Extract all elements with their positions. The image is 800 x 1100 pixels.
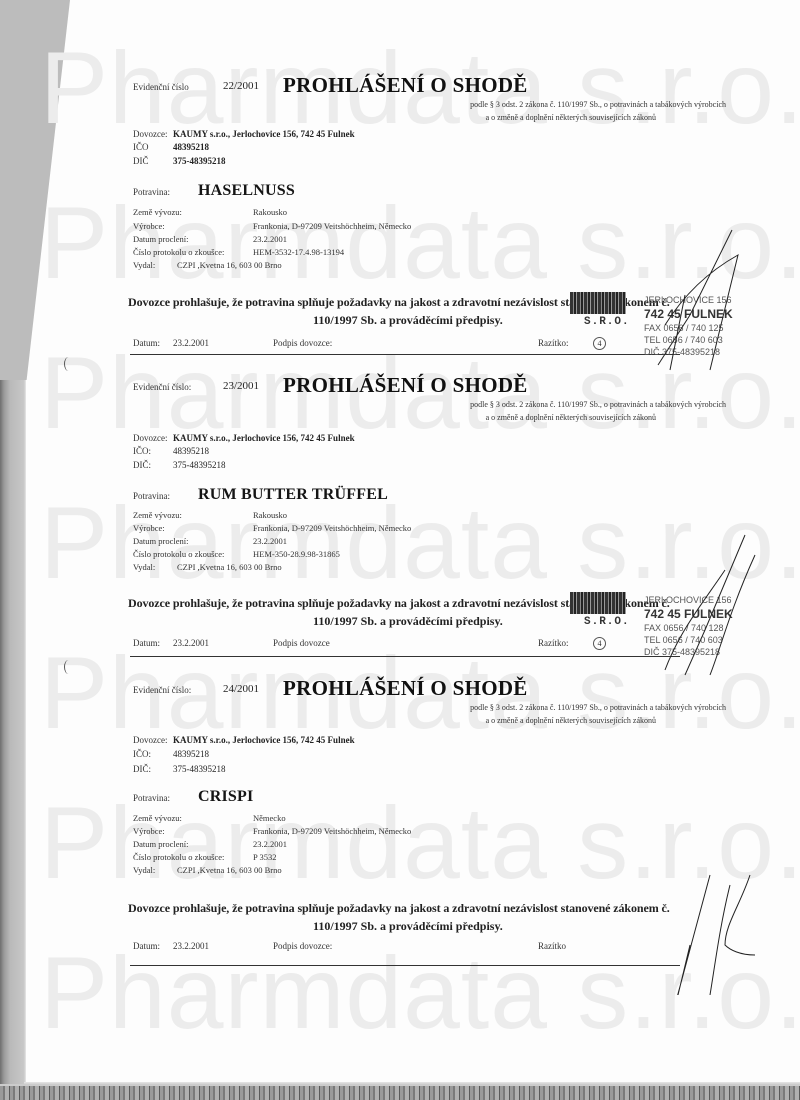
detail-row: Země vývozu:Německo — [133, 813, 182, 823]
ico: 48395218 — [173, 446, 209, 456]
date: 23.2.2001 — [173, 338, 209, 348]
declaration-statement-cont: 110/1997 Sb. a prováděcími předpisy. — [313, 614, 503, 629]
date: 23.2.2001 — [173, 638, 209, 648]
declaration-statement-cont: 110/1997 Sb. a prováděcími předpisy. — [313, 313, 503, 328]
detail-row: Výrobce:Frankonia, D-97209 Veitshöchheim… — [133, 523, 165, 533]
dic-row: DIČ:375-48395218 — [133, 460, 151, 470]
detail-row: Datum proclení:23.2.2001 — [133, 234, 188, 244]
food-label: Potravina: — [133, 187, 170, 197]
document-page: Evidenční číslo 22/2001 PROHLÁŠENÍ O SHO… — [0, 0, 800, 1100]
detail-row: Země vývozu:Rakousko — [133, 207, 182, 217]
importer: KAUMY s.r.o., Jerlochovice 156, 742 45 F… — [173, 433, 355, 443]
food-name: CRISPI — [198, 788, 253, 806]
dic: 375-48395218 — [173, 156, 226, 166]
evidence-number: 22/2001 — [223, 80, 259, 92]
ico-row: IČO:48395218 — [133, 446, 151, 456]
punch-mark — [64, 357, 73, 371]
law-reference-cont: a o změně a doplnění některých souvisejí… — [266, 413, 656, 422]
declaration-title: PROHLÁŠENÍ O SHODĚ — [283, 373, 528, 398]
importer-row: Dovozce:KAUMY s.r.o., Jerlochovice 156, … — [133, 433, 167, 443]
ico: 48395218 — [173, 142, 209, 152]
law-reference: podle § 3 odst. 2 zákona č. 110/1997 Sb.… — [266, 100, 726, 109]
issued-row: Vydal:CZPI ,Kvetna 16, 603 00 Brno — [133, 260, 155, 270]
detail-row: Země vývozu:Rakousko — [133, 510, 182, 520]
signature-label: Podpis dovozce — [273, 638, 330, 648]
declaration-statement-cont: 110/1997 Sb. a prováděcími předpisy. — [313, 919, 503, 934]
detail-row: Výrobce:Frankonia, D-97209 Veitshöchheim… — [133, 826, 165, 836]
law-reference: podle § 3 odst. 2 zákona č. 110/1997 Sb.… — [266, 400, 726, 409]
ico-row: IČO48395218 — [133, 142, 149, 152]
evidence-number: 24/2001 — [223, 683, 259, 695]
divider — [130, 965, 680, 966]
company-stamp: KAUMY S.R.O. JERLOCHOVICE 156 742 45 FUL… — [570, 592, 740, 672]
evidence-label: Evidenční číslo: — [133, 685, 191, 695]
detail-row: Číslo protokolu o zkoušce:HEM-3532-17.4.… — [133, 247, 224, 257]
signature-label: Podpis dovozce: — [273, 338, 332, 348]
declaration-title: PROHLÁŠENÍ O SHODĚ — [283, 676, 528, 701]
handwritten-signature — [670, 845, 780, 995]
declaration-title: PROHLÁŠENÍ O SHODĚ — [283, 73, 528, 98]
signature-label: Podpis dovozce: — [273, 941, 332, 951]
detail-row: Číslo protokolu o zkoušce:P 3532 — [133, 852, 224, 862]
detail-row: Číslo protokolu o zkoušce:HEM-350-28.9.9… — [133, 549, 224, 559]
punch-mark — [64, 660, 73, 674]
date: 23.2.2001 — [173, 941, 209, 951]
food-name: RUM BUTTER TRÜFFEL — [198, 486, 388, 504]
footer-row: Datum: 23.2.2001 Podpis dovozce: Razítko… — [133, 338, 160, 348]
detail-row: Výrobce:Frankonia, D-97209 Veitshöchheim… — [133, 221, 165, 231]
law-reference-cont: a o změně a doplnění některých souvisejí… — [266, 113, 656, 122]
evidence-label: Evidenční číslo: — [133, 382, 191, 392]
detail-row: Datum proclení:23.2.2001 — [133, 536, 188, 546]
importer-row: Dovozce:KAUMY s.r.o., Jerlochovice 156, … — [133, 735, 167, 745]
dic: 375-48395218 — [173, 460, 226, 470]
footer-row: Datum: 23.2.2001 Podpis dovozce Razítko:… — [133, 638, 160, 648]
company-stamp: KAUMY S.R.O. JERLOCHOVICE 156 742 45 FUL… — [570, 292, 740, 372]
ico-row: IČO:48395218 — [133, 749, 151, 759]
stamp-label: Razítko: — [538, 338, 569, 348]
ico: 48395218 — [173, 749, 209, 759]
company-logo: KAUMY — [570, 592, 626, 614]
dic: 375-48395218 — [173, 764, 226, 774]
law-reference-cont: a o změně a doplnění některých souvisejí… — [266, 716, 656, 725]
issued-row: Vydal:CZPI ,Kvetna 16, 603 00 Brno — [133, 562, 155, 572]
dic-row: DIČ:375-48395218 — [133, 764, 151, 774]
footer-row: Datum: 23.2.2001 Podpis dovozce: Razítko — [133, 941, 160, 951]
dic-row: DIČ375-48395218 — [133, 156, 149, 166]
evidence-number: 23/2001 — [223, 380, 259, 392]
detail-row: Datum proclení:23.2.2001 — [133, 839, 188, 849]
issued-row: Vydal:CZPI ,Kvetna 16, 603 00 Brno — [133, 865, 155, 875]
declaration-statement: Dovozce prohlašuje, že potravina splňuje… — [128, 901, 670, 916]
importer: KAUMY s.r.o., Jerlochovice 156, 742 45 F… — [173, 129, 355, 139]
company-logo: KAUMY — [570, 292, 626, 314]
evidence-label: Evidenční číslo — [133, 82, 189, 92]
law-reference: podle § 3 odst. 2 zákona č. 110/1997 Sb.… — [266, 703, 726, 712]
importer: KAUMY s.r.o., Jerlochovice 156, 742 45 F… — [173, 735, 355, 745]
food-name: HASELNUSS — [198, 182, 295, 200]
stamp-label: Razítko: — [538, 638, 569, 648]
importer-row: Dovozce:KAUMY s.r.o., Jerlochovice 156, … — [133, 129, 167, 139]
food-label: Potravina: — [133, 491, 170, 501]
stamp-label: Razítko — [538, 941, 566, 951]
food-label: Potravina: — [133, 793, 170, 803]
